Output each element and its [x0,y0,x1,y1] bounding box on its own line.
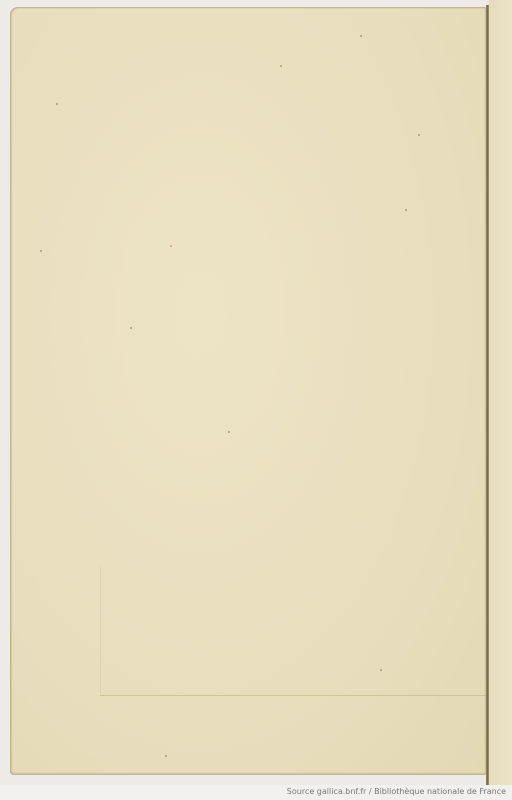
paper-speck [228,431,230,433]
paper-speck [418,134,420,136]
paper-speck [170,245,172,247]
paper-speck [40,250,42,252]
source-credit: Source gallica.bnf.fr / Bibliothèque nat… [287,787,506,796]
paper-speck [280,65,282,67]
scan-viewer [0,0,512,785]
paper-speck [405,209,407,211]
facing-page-edge [489,0,512,785]
paper-speck [56,103,58,105]
paper-speck [380,669,382,671]
plate-mark [100,567,491,696]
blank-page [10,7,486,775]
paper-speck [360,35,362,37]
paper-speck [165,755,167,757]
paper-speck [130,327,132,329]
